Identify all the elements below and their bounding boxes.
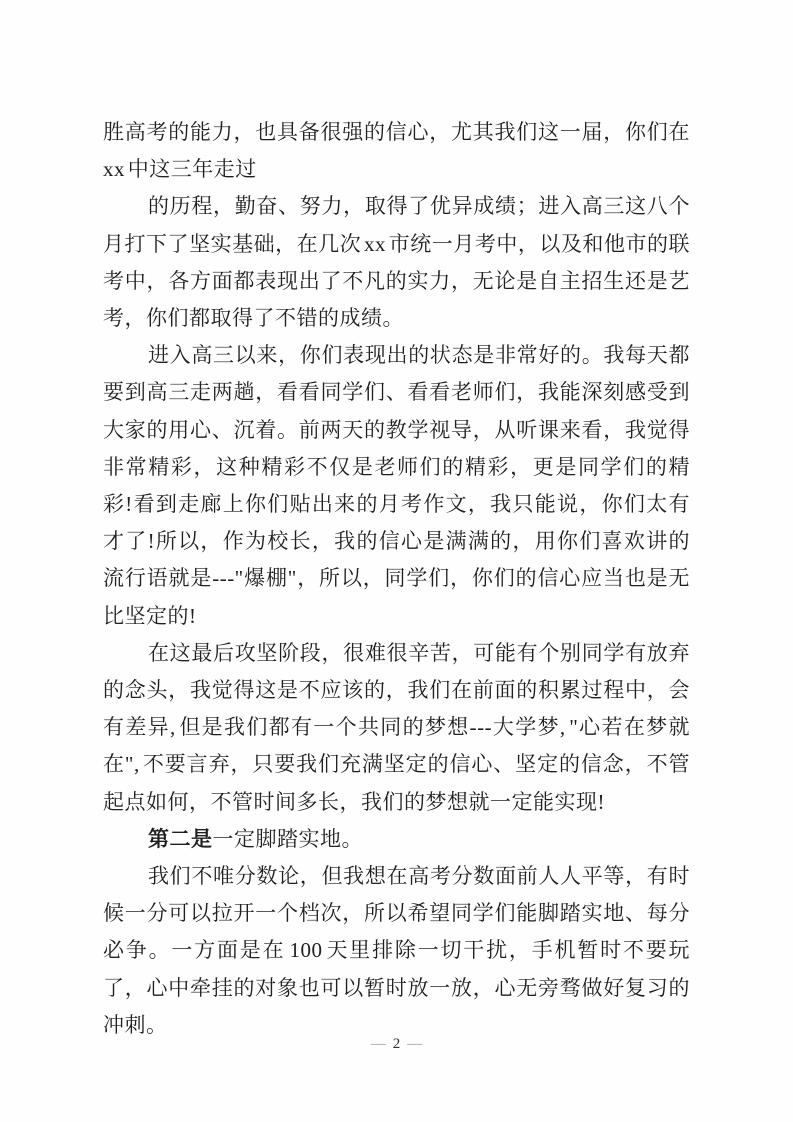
page-number: 2 — [386, 1036, 408, 1052]
footer-dash-left: — — [371, 1036, 386, 1052]
document-page: 胜高考的能力，也具备很强的信心，尤其我们这一届，你们在xx 中这三年走过 的历程… — [0, 0, 793, 1122]
paragraph-dream: 在这最后攻坚阶段，很难很辛苦，可能有个别同学有放弃的念头，我觉得这是不应该的，我… — [103, 635, 690, 821]
heading-rest: 一定脚踏实地。 — [213, 827, 364, 851]
heading-bold-prefix: 第二是 — [148, 827, 213, 851]
paragraph-heading-second-point: 第二是一定脚踏实地。 — [103, 821, 690, 858]
paragraph-confidence: 进入高三以来，你们表现出的状态是非常好的。我每天都要到高三走两趟，看看同学们、看… — [103, 337, 690, 635]
document-body: 胜高考的能力，也具备很强的信心，尤其我们这一届，你们在xx 中这三年走过 的历程… — [103, 114, 690, 1044]
footer-dash-right: — — [407, 1036, 422, 1052]
page-footer: —2— — [0, 1034, 793, 1054]
paragraph-down-to-earth: 我们不唯分数论，但我想在高考分数面前人人平等，有时候一分可以拉开一个档次，所以希… — [103, 858, 690, 1044]
paragraph-achievements: 的历程，勤奋、努力，取得了优异成绩；进入高三这八个月打下了坚实基础，在几次 xx… — [103, 188, 690, 337]
paragraph-continuation: 胜高考的能力，也具备很强的信心，尤其我们这一届，你们在xx 中这三年走过 — [103, 114, 690, 188]
